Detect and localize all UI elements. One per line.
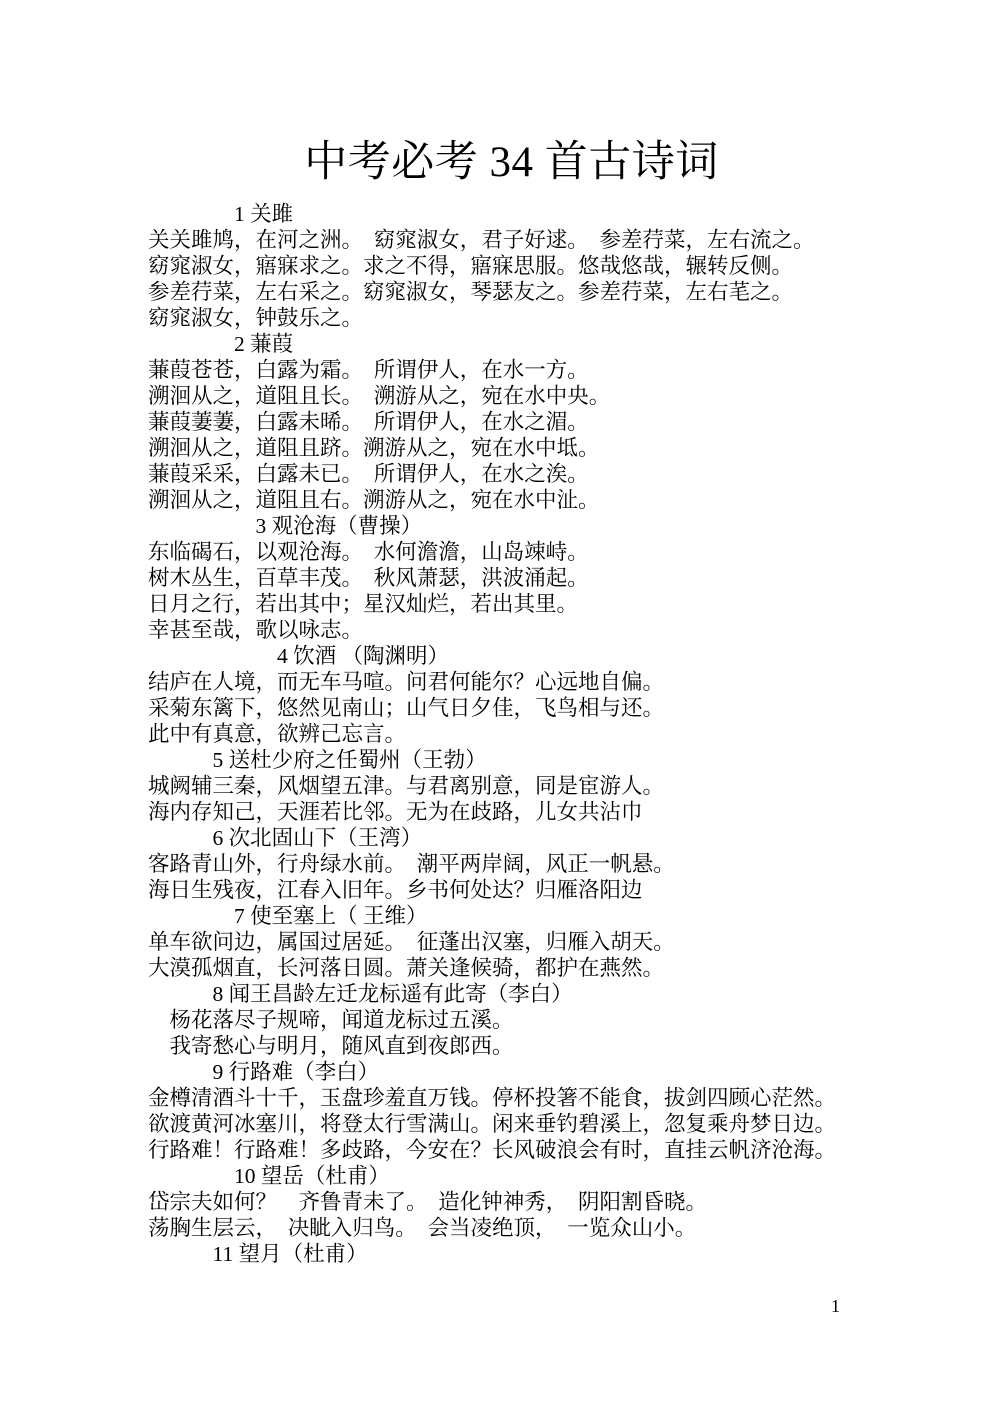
poem-line: 荡胸生层云， 决眦入归鸟。 会当凌绝顶， 一览众山小。 <box>148 1215 875 1241</box>
poem-heading: 8 闻王昌龄左迁龙标遥有此寄（李白） <box>148 981 875 1007</box>
poem-heading: 7 使至塞上（ 王维） <box>148 903 875 929</box>
poem-line: 树木丛生，百草丰茂。 秋风萧瑟，洪波涌起。 <box>148 565 875 591</box>
poem-heading: 6 次北固山下（王湾） <box>148 825 875 851</box>
poem-line: 单车欲问边，属国过居延。 征蓬出汉塞，归雁入胡天。 <box>148 929 875 955</box>
poem-list: 1 关雎关关雎鸠，在河之洲。 窈窕淑女，君子好逑。 参差荇菜，左右流之。窈窕淑女… <box>148 201 875 1267</box>
poem-line: 参差荇菜，左右采之。窈窕淑女，琴瑟友之。参差荇菜，左右芼之。 <box>148 279 875 305</box>
poem-line: 金樽清酒斗十千，玉盘珍羞直万钱。停杯投箸不能食，拔剑四顾心茫然。 <box>148 1085 875 1111</box>
poem-section: 2 蒹葭蒹葭苍苍，白露为霜。 所谓伊人，在水一方。溯洄从之，道阻且长。 溯游从之… <box>148 331 875 513</box>
poem-line: 蒹葭采采，白露未已。 所谓伊人，在水之涘。 <box>148 461 875 487</box>
poem-line: 行路难！行路难！多歧路，今安在？长风破浪会有时，直挂云帆济沧海。 <box>148 1137 875 1163</box>
poem-section: 3 观沧海（曹操）东临碣石，以观沧海。 水何澹澹，山岛竦峙。树木丛生，百草丰茂。… <box>148 513 875 643</box>
poem-line: 溯洄从之，道阻且跻。溯游从之，宛在水中坻。 <box>148 435 875 461</box>
poem-line: 此中有真意，欲辨己忘言。 <box>148 721 875 747</box>
poem-line: 溯洄从之，道阻且右。溯游从之，宛在水中沚。 <box>148 487 875 513</box>
poem-line: 窈窕淑女，钟鼓乐之。 <box>148 305 875 331</box>
poem-section: 7 使至塞上（ 王维）单车欲问边，属国过居延。 征蓬出汉塞，归雁入胡天。大漠孤烟… <box>148 903 875 981</box>
poem-heading: 11 望月（杜甫） <box>148 1241 875 1267</box>
poem-line: 日月之行，若出其中；星汉灿烂，若出其里。 <box>148 591 875 617</box>
poem-line: 我寄愁心与明月，随风直到夜郎西。 <box>148 1033 875 1059</box>
poem-section: 6 次北固山下（王湾）客路青山外，行舟绿水前。 潮平两岸阔，风正一帆悬。海日生残… <box>148 825 875 903</box>
poem-line: 杨花落尽子规啼，闻道龙标过五溪。 <box>148 1007 875 1033</box>
poem-line: 蒹葭苍苍，白露为霜。 所谓伊人，在水一方。 <box>148 357 875 383</box>
poem-line: 城阙辅三秦，风烟望五津。与君离别意，同是宦游人。 <box>148 773 875 799</box>
poem-heading: 10 望岳（杜甫） <box>148 1163 875 1189</box>
poem-heading: 5 送杜少府之任蜀州（王勃） <box>148 747 875 773</box>
poem-section: 1 关雎关关雎鸠，在河之洲。 窈窕淑女，君子好逑。 参差荇菜，左右流之。窈窕淑女… <box>148 201 875 331</box>
poem-heading: 1 关雎 <box>148 201 875 227</box>
poem-section: 4 饮酒 （陶渊明）结庐在人境，而无车马喧。问君何能尔？心远地自偏。采菊东篱下，… <box>148 643 875 747</box>
poem-section: 11 望月（杜甫） <box>148 1241 875 1267</box>
page-number: 1 <box>831 1295 840 1317</box>
poem-section: 5 送杜少府之任蜀州（王勃）城阙辅三秦，风烟望五津。与君离别意，同是宦游人。海内… <box>148 747 875 825</box>
poem-line: 东临碣石，以观沧海。 水何澹澹，山岛竦峙。 <box>148 539 875 565</box>
poem-line: 客路青山外，行舟绿水前。 潮平两岸阔，风正一帆悬。 <box>148 851 875 877</box>
poem-line: 大漠孤烟直，长河落日圆。萧关逢候骑，都护在燕然。 <box>148 955 875 981</box>
poem-section: 10 望岳（杜甫）岱宗夫如何？ 齐鲁青未了。 造化钟神秀， 阴阳割昏晓。荡胸生层… <box>148 1163 875 1241</box>
poem-line: 幸甚至哉，歌以咏志。 <box>148 617 875 643</box>
document-page: 中考必考 34 首古诗词 1 关雎关关雎鸠，在河之洲。 窈窕淑女，君子好逑。 参… <box>0 0 993 1404</box>
poem-line: 溯洄从之，道阻且长。 溯游从之，宛在水中央。 <box>148 383 875 409</box>
poem-line: 关关雎鸠，在河之洲。 窈窕淑女，君子好逑。 参差荇菜，左右流之。 <box>148 227 875 253</box>
poem-line: 蒹葭萋萋，白露未晞。 所谓伊人，在水之湄。 <box>148 409 875 435</box>
poem-heading: 3 观沧海（曹操） <box>148 513 875 539</box>
poem-heading: 2 蒹葭 <box>148 331 875 357</box>
poem-heading: 9 行路难（李白） <box>148 1059 875 1085</box>
poem-line: 海内存知己，天涯若比邻。无为在歧路，儿女共沾巾 <box>148 799 875 825</box>
poem-line: 欲渡黄河冰塞川，将登太行雪满山。闲来垂钓碧溪上，忽复乘舟梦日边。 <box>148 1111 875 1137</box>
poem-line: 结庐在人境，而无车马喧。问君何能尔？心远地自偏。 <box>148 669 875 695</box>
document-title: 中考必考 34 首古诗词 <box>148 138 875 188</box>
poem-line: 采菊东篱下，悠然见南山；山气日夕佳，飞鸟相与还。 <box>148 695 875 721</box>
poem-line: 岱宗夫如何？ 齐鲁青未了。 造化钟神秀， 阴阳割昏晓。 <box>148 1189 875 1215</box>
poem-line: 窈窕淑女，寤寐求之。求之不得，寤寐思服。悠哉悠哉，辗转反侧。 <box>148 253 875 279</box>
poem-section: 8 闻王昌龄左迁龙标遥有此寄（李白） 杨花落尽子规啼，闻道龙标过五溪。 我寄愁心… <box>148 981 875 1059</box>
poem-section: 9 行路难（李白）金樽清酒斗十千，玉盘珍羞直万钱。停杯投箸不能食，拔剑四顾心茫然… <box>148 1059 875 1163</box>
poem-heading: 4 饮酒 （陶渊明） <box>148 643 875 669</box>
poem-line: 海日生残夜，江春入旧年。乡书何处达？归雁洛阳边 <box>148 877 875 903</box>
